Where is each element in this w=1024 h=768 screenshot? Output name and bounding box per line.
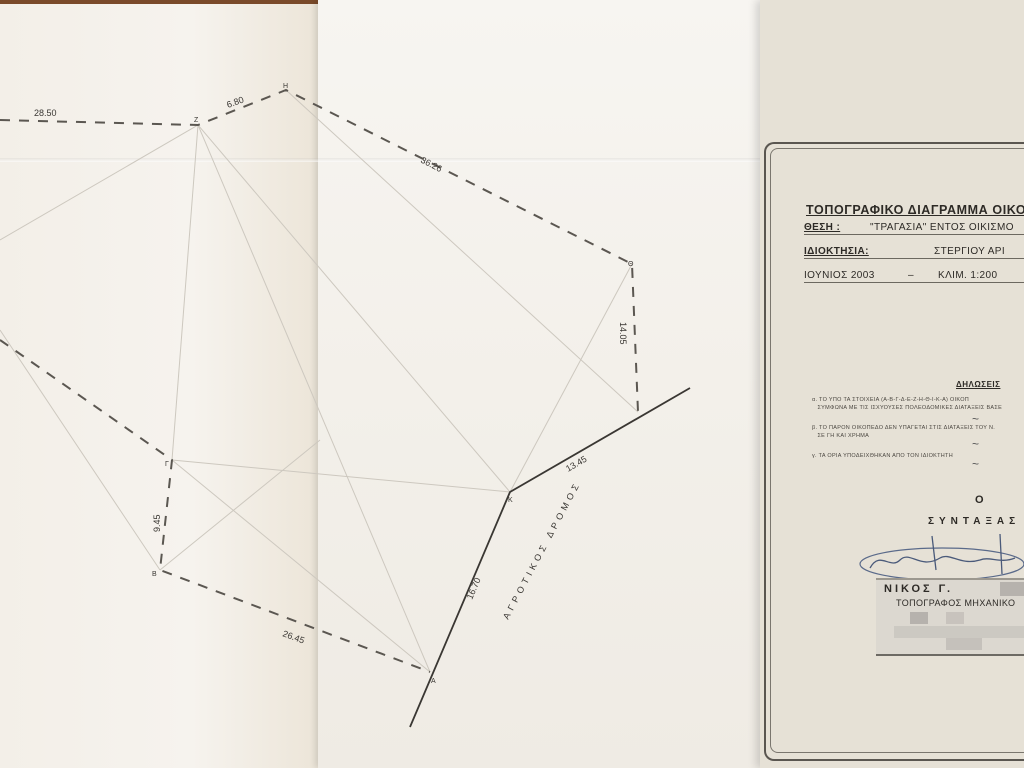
separator: – bbox=[908, 270, 914, 281]
road-label: ΑΓΡΟΤΙΚΟΣ ΔΡΟΜΟΣ bbox=[501, 479, 583, 621]
ownership-label: ΙΔΙΟΚΤΗΣΙΑ: bbox=[804, 246, 869, 257]
vertex-A: Α bbox=[431, 678, 436, 685]
ownership-value: ΣΤΕΡΓΙΟΥ ΑΡΙ bbox=[934, 246, 1005, 257]
redaction bbox=[894, 626, 1024, 638]
scale: ΚΛΙΜ. 1:200 bbox=[938, 270, 997, 281]
titleblock-inner-frame bbox=[770, 148, 1024, 753]
declaration-b: β. ΤΟ ΠΑΡΟΝ ΟΙΚΟΠΕΔΟ ΔΕΝ ΥΠΑΓΕΤΑΙ ΣΤΙΣ Δ… bbox=[812, 424, 995, 440]
vertex-B: Β bbox=[152, 571, 157, 578]
dim-36-26: 36.26 bbox=[419, 155, 444, 174]
redaction bbox=[910, 612, 928, 624]
vertex-Th: Θ bbox=[628, 261, 634, 268]
tilde-2: ~ bbox=[972, 437, 979, 451]
ownership-row: ΙΔΙΟΚΤΗΣΙΑ: ΣΤΕΡΓΙΟΥ ΑΡΙ bbox=[804, 246, 1024, 259]
date-scale-row: ΙΟΥΝΙΟΣ 2003 – ΚΛΙΜ. 1:200 bbox=[804, 270, 1024, 283]
redaction bbox=[946, 612, 964, 624]
vertex-Z: Ζ bbox=[194, 117, 199, 124]
vertex-K: Κ bbox=[508, 497, 513, 504]
dim-16-70: 16.70 bbox=[465, 576, 483, 601]
dim-14-05: 14.05 bbox=[618, 322, 628, 345]
signatory-article: Ο bbox=[975, 494, 984, 506]
signatory-name: ΝΙΚΟΣ Γ. bbox=[884, 583, 953, 595]
tilde-3: ~ bbox=[972, 457, 979, 471]
location-row: ΘΕΣΗ : "ΤΡΑΓΑΣΙΑ" ΕΝΤΟΣ ΟΙΚΙΣΜΟ bbox=[804, 222, 1024, 235]
dim-13-45: 13.45 bbox=[564, 454, 589, 474]
parcel-boundary bbox=[0, 90, 638, 672]
road-edge bbox=[410, 388, 690, 727]
date: ΙΟΥΝΙΟΣ 2003 bbox=[804, 270, 875, 281]
declaration-a: α. ΤΟ ΥΠΟ ΤΑ ΣΤΟΙΧΕΙΑ (Α-Β-Γ-Δ-Ε-Ζ-Η-Θ-Ι… bbox=[812, 396, 1002, 412]
location-value: "ΤΡΑΓΑΣΙΑ" ΕΝΤΟΣ ΟΙΚΙΣΜΟ bbox=[870, 222, 1014, 233]
vertex-G: Γ bbox=[165, 461, 169, 468]
dim-26-45: 26.45 bbox=[281, 628, 306, 645]
dim-6-80: 6.80 bbox=[225, 94, 245, 109]
construction-lines bbox=[0, 90, 638, 672]
signatory-role: ΣΥΝΤΑΞΑΣ bbox=[928, 516, 1020, 527]
dim-9-45: 9.45 bbox=[152, 514, 162, 532]
document-title: ΤΟΠΟΓΡΑΦΙΚΟ ΔΙΑΓΡΑΜΜΑ ΟΙΚΟΠ bbox=[806, 203, 1024, 217]
declarations-title: ΔΗΛΩΣΕΙΣ bbox=[956, 380, 1000, 389]
redaction bbox=[946, 638, 982, 650]
declaration-c: γ. ΤΑ ΟΡΙΑ ΥΠΟΔΕΙΧΘΗΚΑΝ ΑΠΟ ΤΟΝ ΙΔΙΟΚΤΗΤ… bbox=[812, 452, 953, 460]
signatory-title: ΤΟΠΟΓΡΑΦΟΣ ΜΗΧΑΝΙΚΟ bbox=[896, 598, 1015, 608]
redaction bbox=[1000, 582, 1024, 596]
survey-plan: 28.50 6.80 36.26 14.05 13.45 16.70 9.45 … bbox=[0, 0, 760, 768]
dim-28-50: 28.50 bbox=[34, 108, 57, 118]
location-label: ΘΕΣΗ : bbox=[804, 222, 840, 233]
vertex-H: Η bbox=[283, 83, 288, 90]
